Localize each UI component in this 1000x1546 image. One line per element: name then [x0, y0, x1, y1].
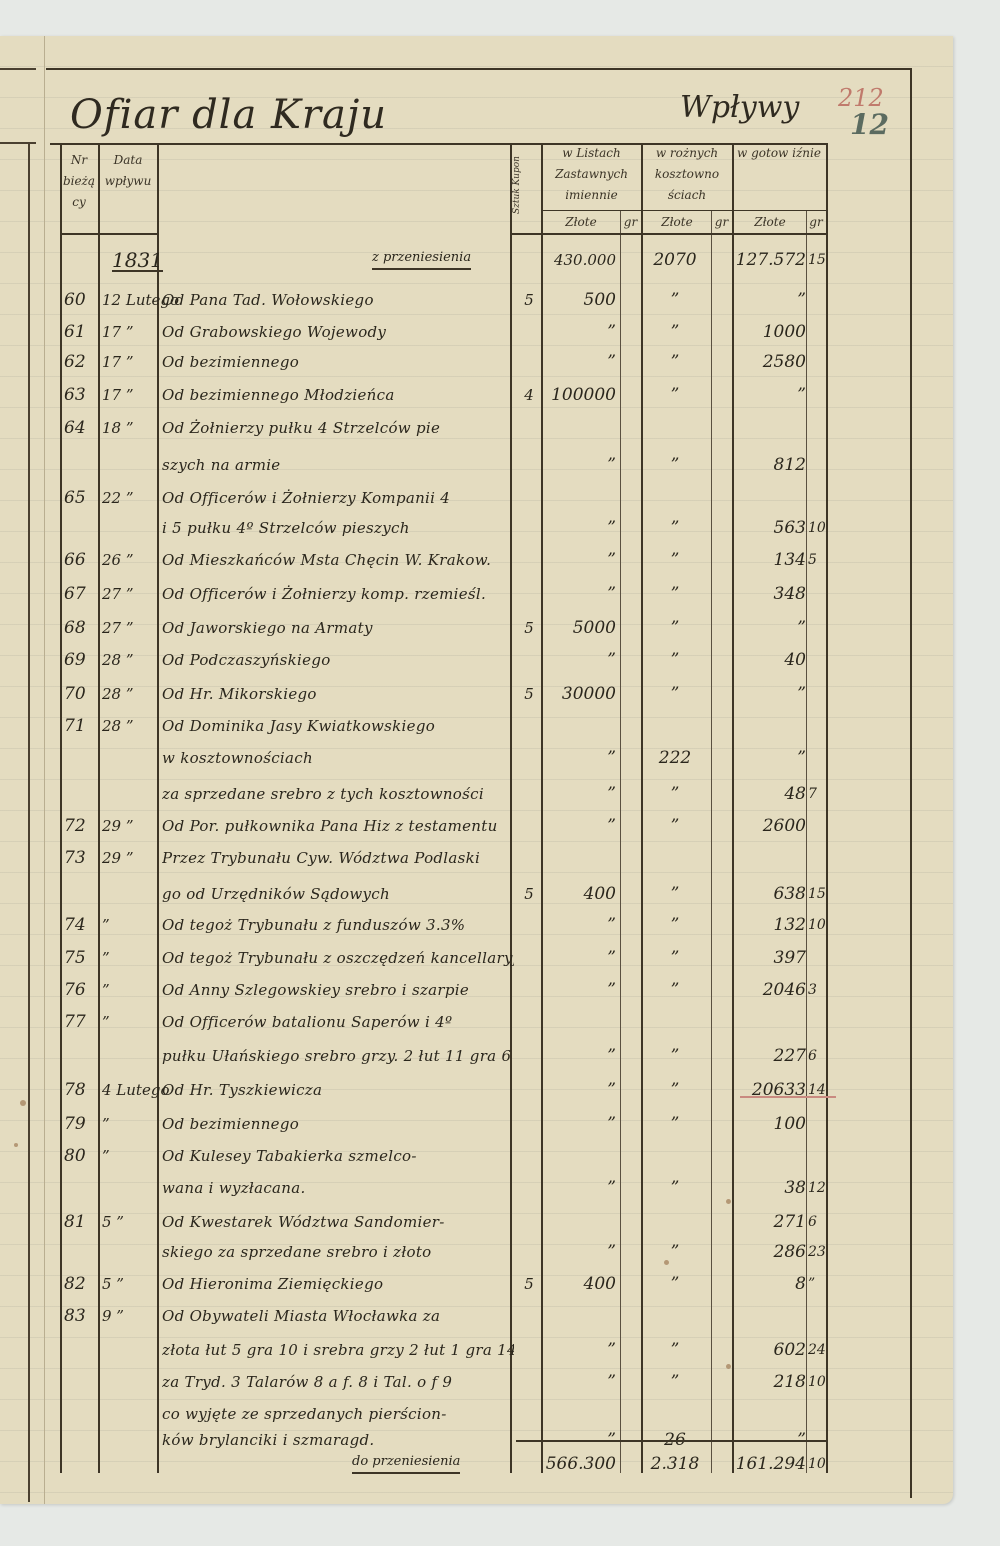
row-col3: 563	[728, 518, 806, 538]
row-date: 17 ”	[102, 352, 152, 372]
row-desc: Przez Trybunału Cyw. Wództwa Podlaski	[162, 848, 514, 868]
row-col1: 500	[544, 290, 616, 310]
row-col3: 48	[728, 784, 806, 804]
facing-page-vline	[28, 142, 30, 1502]
row-col2: ”	[640, 948, 710, 968]
row-desc: złota łut 5 gra 10 i srebra grzy 2 łut 1…	[162, 1340, 514, 1360]
row-gr: 10	[808, 518, 828, 538]
binding-fold	[44, 36, 45, 1504]
row-date: ”	[102, 1114, 152, 1134]
row-nr: 64	[64, 418, 98, 438]
row-nr: 76	[64, 980, 98, 1000]
row-col1: ”	[544, 980, 616, 1000]
row-date: 17 ”	[102, 385, 152, 405]
row-date: ”	[102, 1146, 152, 1166]
row-col2: ”	[640, 784, 710, 804]
row-date: 22 ”	[102, 488, 152, 508]
row-nr: 83	[64, 1306, 98, 1326]
row-desc: Od Kwestarek Wództwa Sandomier-	[162, 1212, 514, 1232]
row-desc: Od Jaworskiego na Armaty	[162, 618, 514, 638]
row-col1: ”	[544, 784, 616, 804]
row-date: 9 ”	[102, 1306, 152, 1326]
row-col1: ”	[544, 650, 616, 670]
row-desc: Od Grabowskiego Wojewody	[162, 322, 514, 342]
row-gr: 6	[808, 1046, 828, 1066]
row-col2: ”	[640, 584, 710, 604]
row-desc: Od bezimiennego	[162, 352, 514, 372]
row-nr: 62	[64, 352, 98, 372]
row-nr: 81	[64, 1212, 98, 1232]
row-col3: 38	[728, 1178, 806, 1198]
row-desc: wana i wyzłacana.	[162, 1178, 514, 1198]
foxing-stain	[20, 1100, 26, 1106]
row-gr: 23	[808, 1242, 828, 1262]
row-col1: ”	[544, 1080, 616, 1100]
row-desc: co wyjęte ze sprzedanych pierścion-	[162, 1404, 514, 1424]
row-col3: 40	[728, 650, 806, 670]
row-desc: skiego za sprzedane srebro i złoto	[162, 1242, 514, 1262]
row-col3: 227	[728, 1046, 806, 1066]
header-col3-gr: gr	[806, 212, 826, 233]
row-desc: ków brylanciki i szmaragd.	[162, 1430, 514, 1450]
row-nr: 69	[64, 650, 98, 670]
row-col3: 348	[728, 584, 806, 604]
row-col3: 2046	[728, 980, 806, 1000]
foxing-stain	[726, 1199, 731, 1204]
row-nr: 73	[64, 848, 98, 868]
row-date: 28 ”	[102, 684, 152, 704]
header-col1-zlote: Złote	[543, 212, 619, 233]
foxing-stain	[664, 1260, 669, 1265]
row-desc: pułku Ułańskiego srebro grzy. 2 łut 11 g…	[162, 1046, 514, 1066]
row-col3: 271	[728, 1212, 806, 1232]
row-nr: 82	[64, 1274, 98, 1294]
row-col2: ”	[640, 816, 710, 836]
carried-col3-gr: 15	[808, 250, 828, 270]
row-col3: 134	[728, 550, 806, 570]
row-col1: ”	[544, 584, 616, 604]
total-col3: 161.294	[728, 1454, 806, 1474]
row-nr: 60	[64, 290, 98, 310]
header-nr: Nr bieżą cy	[60, 150, 98, 213]
header-pieces: Sztuk Kupon	[512, 145, 542, 225]
row-col1: ”	[544, 915, 616, 935]
row-desc: i 5 pułku 4º Strzelców pieszych	[162, 518, 514, 538]
row-desc: Od Żołnierzy pułku 4 Strzelców pie	[162, 418, 514, 438]
col-line-c3-gr	[806, 210, 807, 1473]
row-col2: ”	[640, 1274, 710, 1294]
row-col2: ”	[640, 1046, 710, 1066]
row-col2: ”	[640, 550, 710, 570]
row-date: 5 ”	[102, 1212, 152, 1232]
totals-rule	[516, 1440, 828, 1442]
row-date: ”	[102, 1012, 152, 1032]
row-date: ”	[102, 980, 152, 1000]
row-date: 5 ”	[102, 1274, 152, 1294]
header-bottom-rule-left	[60, 233, 158, 235]
row-pieces: 5	[518, 884, 540, 904]
total-col3-gr: 10	[808, 1454, 828, 1474]
row-col3: 397	[728, 948, 806, 968]
row-col3: ”	[728, 618, 806, 638]
carried-col2: 2070	[640, 250, 710, 270]
row-date: 27 ”	[102, 584, 152, 604]
row-col1: ”	[544, 322, 616, 342]
row-date: ”	[102, 915, 152, 935]
row-col2: ”	[640, 980, 710, 1000]
row-nr: 66	[64, 550, 98, 570]
folio-number-gray: 12	[850, 108, 889, 141]
row-col2: ”	[640, 915, 710, 935]
row-col3: 8	[728, 1274, 806, 1294]
row-nr: 61	[64, 322, 98, 342]
row-desc: Od bezimiennego	[162, 1114, 514, 1134]
facing-page-rule	[0, 142, 36, 144]
row-pieces: 5	[518, 290, 540, 310]
row-nr: 68	[64, 618, 98, 638]
header-col2-gr: gr	[711, 212, 732, 233]
row-desc: Od Pana Tad. Wołowskiego	[162, 290, 514, 310]
row-col1: ”	[544, 1114, 616, 1134]
row-col2: ”	[640, 1114, 710, 1134]
row-col2: ”	[640, 1372, 710, 1392]
row-date: 17 ”	[102, 322, 152, 342]
row-col1: ”	[544, 1242, 616, 1262]
row-col1: ”	[544, 1178, 616, 1198]
row-desc: Od tegoż Trybunału z oszczędzeń kancella…	[162, 948, 514, 968]
row-col1: ”	[544, 748, 616, 768]
row-date: 28 ”	[102, 650, 152, 670]
row-gr: 6	[808, 1212, 828, 1232]
row-date: 27 ”	[102, 618, 152, 638]
row-col3: 218	[728, 1372, 806, 1392]
foxing-stain	[14, 1143, 18, 1147]
row-col3: 812	[728, 455, 806, 475]
row-col3: ”	[728, 748, 806, 768]
row-col2: 222	[640, 748, 710, 768]
row-nr: 71	[64, 716, 98, 736]
row-col2: ”	[640, 352, 710, 372]
row-desc: za sprzedane srebro z tych kosztowności	[162, 784, 514, 804]
row-date: 28 ”	[102, 716, 152, 736]
header-bottom-rule-right	[510, 233, 826, 235]
row-col3: 2580	[728, 352, 806, 372]
row-col3: 286	[728, 1242, 806, 1262]
row-desc: Od Por. pułkownika Pana Hiz z testamentu	[162, 816, 514, 836]
row-pieces: 4	[518, 385, 540, 405]
row-desc: Od Officerów i Żołnierzy Kompanii 4	[162, 488, 514, 508]
header-col2: w rożnych kosztowno ściach	[643, 143, 731, 206]
row-col1: ”	[544, 816, 616, 836]
row-date: 4 Lutego	[102, 1080, 152, 1100]
row-desc: w kosztownościach	[162, 748, 514, 768]
row-date: 18 ”	[102, 418, 152, 438]
row-desc: Od Podczaszyńskiego	[162, 650, 514, 670]
row-desc: Od bezimiennego Młodzieńca	[162, 385, 514, 405]
carried-col1: 430.000	[544, 250, 616, 270]
row-nr: 77	[64, 1012, 98, 1032]
row-desc: Od Hieronima Ziemięckiego	[162, 1274, 514, 1294]
row-gr: 3	[808, 980, 828, 1000]
subheader-rule	[542, 210, 826, 211]
carried-forward-label: z przeniesienia	[372, 248, 471, 270]
row-gr: ”	[808, 1274, 828, 1294]
row-desc: Od Hr. Mikorskiego	[162, 684, 514, 704]
row-nr: 80	[64, 1146, 98, 1166]
row-nr: 65	[64, 488, 98, 508]
row-desc: Od tegoż Trybunału z funduszów 3.3%	[162, 915, 514, 935]
row-col1: ”	[544, 550, 616, 570]
row-col2: ”	[640, 1242, 710, 1262]
row-col3: 132	[728, 915, 806, 935]
row-col2: ”	[640, 884, 710, 904]
row-nr: 70	[64, 684, 98, 704]
row-gr: 24	[808, 1340, 828, 1360]
facing-page-rule	[0, 68, 36, 70]
row-col1: ”	[544, 1372, 616, 1392]
row-col1: 100000	[544, 385, 616, 405]
row-desc: Od Officerów batalionu Saperów i 4º	[162, 1012, 514, 1032]
section-title: Wpływy	[680, 90, 799, 125]
row-nr: 78	[64, 1080, 98, 1100]
row-col1: 5000	[544, 618, 616, 638]
row-col2: ”	[640, 518, 710, 538]
row-gr: 10	[808, 1372, 828, 1392]
total-col2: 2.318	[640, 1454, 710, 1474]
col-line-c2-gr	[711, 210, 712, 1473]
row-date: 29 ”	[102, 816, 152, 836]
foxing-stain	[726, 1364, 731, 1369]
row-col1: 30000	[544, 684, 616, 704]
row-desc: go od Urzędników Sądowych	[162, 884, 514, 904]
row-col3: ”	[728, 290, 806, 310]
row-nr: 63	[64, 385, 98, 405]
row-col1: ”	[544, 1046, 616, 1066]
row-col2: ”	[640, 322, 710, 342]
col-line-nr	[98, 143, 100, 1473]
row-nr: 79	[64, 1114, 98, 1134]
row-desc: Od Mieszkańców Msta Chęcin W. Krakow.	[162, 550, 514, 570]
col-line-c1-gr	[620, 210, 621, 1473]
row-col3: 638	[728, 884, 806, 904]
header-col1: w Listach Zastawnych imiennie	[543, 143, 640, 206]
row-gr: 7	[808, 784, 828, 804]
row-col3: ”	[728, 385, 806, 405]
row-col2: ”	[640, 455, 710, 475]
row-desc: Od Anny Szlegowskiey srebro i szarpie	[162, 980, 514, 1000]
row-desc: Od Obywateli Miasta Włocławka za	[162, 1306, 514, 1326]
row-pieces: 5	[518, 618, 540, 638]
row-nr: 67	[64, 584, 98, 604]
year: 1831	[112, 250, 163, 272]
row-date: 26 ”	[102, 550, 152, 570]
row-nr: 74	[64, 915, 98, 935]
row-col3: 100	[728, 1114, 806, 1134]
row-gr: 5	[808, 550, 828, 570]
row-desc: Od Hr. Tyszkiewicza	[162, 1080, 514, 1100]
col-line-date	[157, 143, 159, 1473]
row-date: 12 Lutego	[102, 290, 152, 310]
row-nr: 72	[64, 816, 98, 836]
row-col2: ”	[640, 1080, 710, 1100]
row-col1: 400	[544, 884, 616, 904]
row-desc: szych na armie	[162, 455, 514, 475]
row-col2: ”	[640, 1340, 710, 1360]
row-col3: ”	[728, 684, 806, 704]
row-col1: ”	[544, 455, 616, 475]
totals-label: do przeniesienia	[352, 1452, 460, 1474]
row-date: ”	[102, 948, 152, 968]
row-col2: ”	[640, 1178, 710, 1198]
row-col1: 400	[544, 1274, 616, 1294]
header-col3-zlote: Złote	[734, 212, 806, 233]
row-col2: ”	[640, 650, 710, 670]
row-desc: Od Dominika Jasy Kwiatkowskiego	[162, 716, 514, 736]
row-gr: 15	[808, 884, 828, 904]
row-gr: 10	[808, 915, 828, 935]
row-date: 29 ”	[102, 848, 152, 868]
header-col3: w gotow iźnie	[734, 143, 824, 164]
row-col3: 602	[728, 1340, 806, 1360]
top-rule	[46, 68, 912, 70]
carried-col3: 127.572	[728, 250, 806, 270]
page-title: Ofiar dla Kraju	[70, 92, 387, 138]
header-date: Data wpływu	[100, 150, 156, 192]
total-col1: 566.300	[544, 1454, 616, 1474]
row-gr: 12	[808, 1178, 828, 1198]
row-pieces: 5	[518, 684, 540, 704]
row-col2: ”	[640, 290, 710, 310]
row-desc: Od Officerów i Żołnierzy komp. rzemieśl.	[162, 584, 514, 604]
row-col2: ”	[640, 618, 710, 638]
row-col1: ”	[544, 1340, 616, 1360]
row-desc: za Tryd. 3 Talarów 8 a f. 8 i Tal. o f 9	[162, 1372, 514, 1392]
row-col2: ”	[640, 684, 710, 704]
col-line-left	[60, 143, 62, 1473]
header-col2-zlote: Złote	[643, 212, 711, 233]
col-line-pieces	[541, 143, 543, 1473]
row-col1: ”	[544, 352, 616, 372]
row-desc: Od Kulesey Tabakierka szmelco-	[162, 1146, 514, 1166]
row-col3: 1000	[728, 322, 806, 342]
row-pieces: 5	[518, 1274, 540, 1294]
header-col1-gr: gr	[620, 212, 641, 233]
right-margin-line	[910, 68, 912, 1498]
row-col1: ”	[544, 518, 616, 538]
row-col3: 2600	[728, 816, 806, 836]
row-nr: 75	[64, 948, 98, 968]
red-pencil-mark	[740, 1096, 836, 1098]
row-col2: ”	[640, 385, 710, 405]
row-col1: ”	[544, 948, 616, 968]
